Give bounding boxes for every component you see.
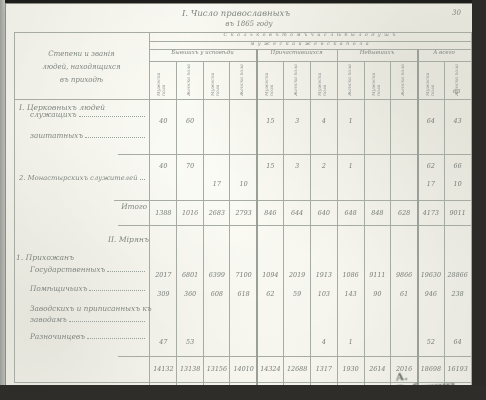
stub-header-line2: людей, находящихся <box>18 61 145 74</box>
row-values: 4753415264 <box>150 335 471 348</box>
cell-value: 1930 <box>337 365 364 373</box>
page-subtitle: въ 1865 году <box>204 20 294 28</box>
cell-value: 2614 <box>364 365 391 373</box>
cell-value: 62 <box>257 290 284 298</box>
cell-value: 40 <box>150 117 177 125</box>
spanned-header-1: С к о л ь к о в ъ т о м ъ ч и с л ѣ б ы … <box>149 33 471 38</box>
cell-value: Мужеска пола <box>211 62 221 96</box>
cell-value: 1913 <box>311 271 338 279</box>
cell-value: 103 <box>311 290 338 298</box>
cell-value: 848 <box>364 209 391 217</box>
cell-value: 238 <box>444 290 471 298</box>
cell-value: 608 <box>204 290 231 298</box>
stub-header-line3: въ приходѣ <box>18 74 145 87</box>
cell-value: 1094 <box>257 271 284 279</box>
cell-value: 60 <box>177 117 204 125</box>
cell-value: Мужеска пола <box>318 62 328 96</box>
cell-value: 13156 <box>204 365 231 373</box>
cell-value: 2793 <box>230 209 257 217</box>
cell-value: 61 <box>391 290 418 298</box>
cell-value: 1 <box>337 338 364 346</box>
cell-value: 13138 <box>177 365 204 373</box>
cell-value: Мужеска пола <box>372 62 382 96</box>
section-2-subheading: 1. Прихожанъ <box>16 253 74 262</box>
column-group-1: Бывшихъ у исповѣди <box>149 50 256 61</box>
cell-value: 12688 <box>284 365 311 373</box>
row-label-text: служащихъ <box>30 110 77 119</box>
stub-header: Степени и званія людей, находящихся въ п… <box>18 48 145 87</box>
cell-value: 2683 <box>204 209 231 217</box>
cell-value: 15 <box>257 162 284 170</box>
cell-value: 628 <box>391 209 418 217</box>
row-label-text: 2. Монастырскихъ служителей <box>19 174 138 182</box>
row-label-text: заводамъ <box>30 315 67 324</box>
cell-value: 15 <box>257 117 284 125</box>
row-label: служащихъ <box>30 110 147 119</box>
cell-value: 10 <box>230 180 257 188</box>
rule <box>14 32 15 382</box>
cell-value: 66 <box>444 162 471 170</box>
cell-value: 14324 <box>257 365 284 373</box>
row-label: заводамъ <box>30 315 147 324</box>
cell-value: 14132 <box>150 365 177 373</box>
row-label: заштатныхъ <box>30 131 147 140</box>
cell-value: 53 <box>177 338 204 346</box>
cell-value: 47 <box>150 338 177 346</box>
row-values: 4060153416443 <box>150 114 471 127</box>
cell-value: 3 <box>284 162 311 170</box>
cell-value: Женска пола <box>240 62 245 96</box>
row-values: 2017680163997100109420191913108691119866… <box>150 268 471 281</box>
column-labels: Мужеска полаЖенска полаМужеска полаЖенск… <box>149 62 471 98</box>
column-group-3: Небывшихъ <box>337 50 417 61</box>
cell-value: 62 <box>418 162 445 170</box>
stray-note: 63 <box>453 89 460 95</box>
cell-value: 4 <box>311 117 338 125</box>
cell-value: 90 <box>364 290 391 298</box>
section-2-heading: ІІ. Мірянъ <box>108 235 149 244</box>
row-label-text: заштатныхъ <box>30 131 83 140</box>
cell-value: 4 <box>311 338 338 346</box>
row-label-text: Помѣщичьихъ <box>30 284 87 293</box>
cell-value: Мужеска пола <box>265 62 275 96</box>
column-group-2: Причастившихся <box>256 50 337 61</box>
cell-value: 19630 <box>418 271 445 279</box>
row-label-text: Государственныхъ <box>30 265 105 274</box>
cell-value: 10 <box>444 180 471 188</box>
cell-value: 59 <box>284 290 311 298</box>
cell-value: 28866 <box>444 271 471 279</box>
cell-value: 309 <box>150 290 177 298</box>
cell-value: 1 <box>337 117 364 125</box>
page-title: І. Число православныхъ <box>151 9 321 19</box>
cell-value: 52 <box>418 338 445 346</box>
cell-value: 618 <box>230 290 257 298</box>
dotted-leader <box>107 271 145 272</box>
cell-value: 64 <box>418 117 445 125</box>
scan-right-edge <box>472 0 486 400</box>
row-label: Заводскихъ и приписанныхъ къ <box>30 304 147 313</box>
dotted-leader <box>79 116 145 117</box>
cell-value: 2017 <box>150 271 177 279</box>
cell-value: 6399 <box>204 271 231 279</box>
cell-value: 9011 <box>444 209 471 217</box>
cell-value: 6801 <box>177 271 204 279</box>
cell-value: 1388 <box>150 209 177 217</box>
row-label-text: Итого <box>121 202 147 211</box>
cell-value: 70 <box>177 162 204 170</box>
cell-value: 64 <box>444 338 471 346</box>
dotted-leader <box>140 179 145 180</box>
cell-value: 43 <box>444 117 471 125</box>
subtotal-values: 1388101626832793846644640648848628417390… <box>150 206 471 219</box>
cell-value: Женска пола <box>187 62 192 96</box>
cell-value: 640 <box>311 209 338 217</box>
dotted-leader <box>69 321 145 322</box>
cell-value: 1016 <box>177 209 204 217</box>
cell-value: 17 <box>204 180 231 188</box>
cell-value: Мужеска пола <box>157 62 167 96</box>
cell-value: 3 <box>284 117 311 125</box>
column-group-4: А всего <box>417 50 471 61</box>
cell-value: 946 <box>418 290 445 298</box>
cell-value: 9866 <box>391 271 418 279</box>
row-label-text: Разночинцевъ <box>30 332 85 341</box>
cell-value: Женска пола <box>348 62 353 96</box>
stub-header-line1: Степени и званія <box>18 48 145 61</box>
cell-value: Женска пола <box>401 62 406 96</box>
cell-value: 846 <box>257 209 284 217</box>
cell-value: 9111 <box>364 271 391 279</box>
row-label: Разночинцевъ <box>30 332 147 341</box>
cell-value: 648 <box>337 209 364 217</box>
cell-value: 7100 <box>230 271 257 279</box>
row-label-text: Заводскихъ и приписанныхъ къ <box>30 304 152 313</box>
scan-bottom-edge <box>0 385 486 400</box>
spanned-header-2: м у ж е с к а и ж е н с к а п о л а <box>149 42 471 47</box>
cell-value: 143 <box>337 290 364 298</box>
cell-value: 1086 <box>337 271 364 279</box>
dotted-leader <box>85 137 145 138</box>
subtotal-label: Итого <box>110 202 147 211</box>
row-values: 30936060861862591031439061946238 <box>150 287 471 300</box>
cell-value: Мужеска пола <box>426 62 436 96</box>
cell-value: 644 <box>284 209 311 217</box>
cell-value: 360 <box>177 290 204 298</box>
cell-value: 1317 <box>311 365 338 373</box>
cell-value: 2019 <box>284 271 311 279</box>
page-number: 30 <box>452 9 461 17</box>
cell-value: 1 <box>337 162 364 170</box>
ledger-page: І. Число православныхъ въ 1865 году 30 <box>5 3 473 388</box>
cell-value: 14010 <box>230 365 257 373</box>
row-values: 17101710 <box>150 177 471 190</box>
cell-value: 4173 <box>418 209 445 217</box>
row-label: 2. Монастырскихъ служителей <box>19 174 147 182</box>
row-label: Государственныхъ <box>30 265 147 274</box>
cell-value: Женска пола <box>294 62 299 96</box>
scanned-ledger-page: І. Число православныхъ въ 1865 году 30 <box>0 0 486 400</box>
cell-value: 40 <box>150 162 177 170</box>
cell-value: 2 <box>311 162 338 170</box>
row-label: Помѣщичьихъ <box>30 284 147 293</box>
row-values: 4070153216266 <box>150 159 471 172</box>
rule <box>14 99 472 100</box>
dotted-leader <box>87 338 145 339</box>
dotted-leader <box>89 290 145 291</box>
cell-value: 17 <box>418 180 445 188</box>
